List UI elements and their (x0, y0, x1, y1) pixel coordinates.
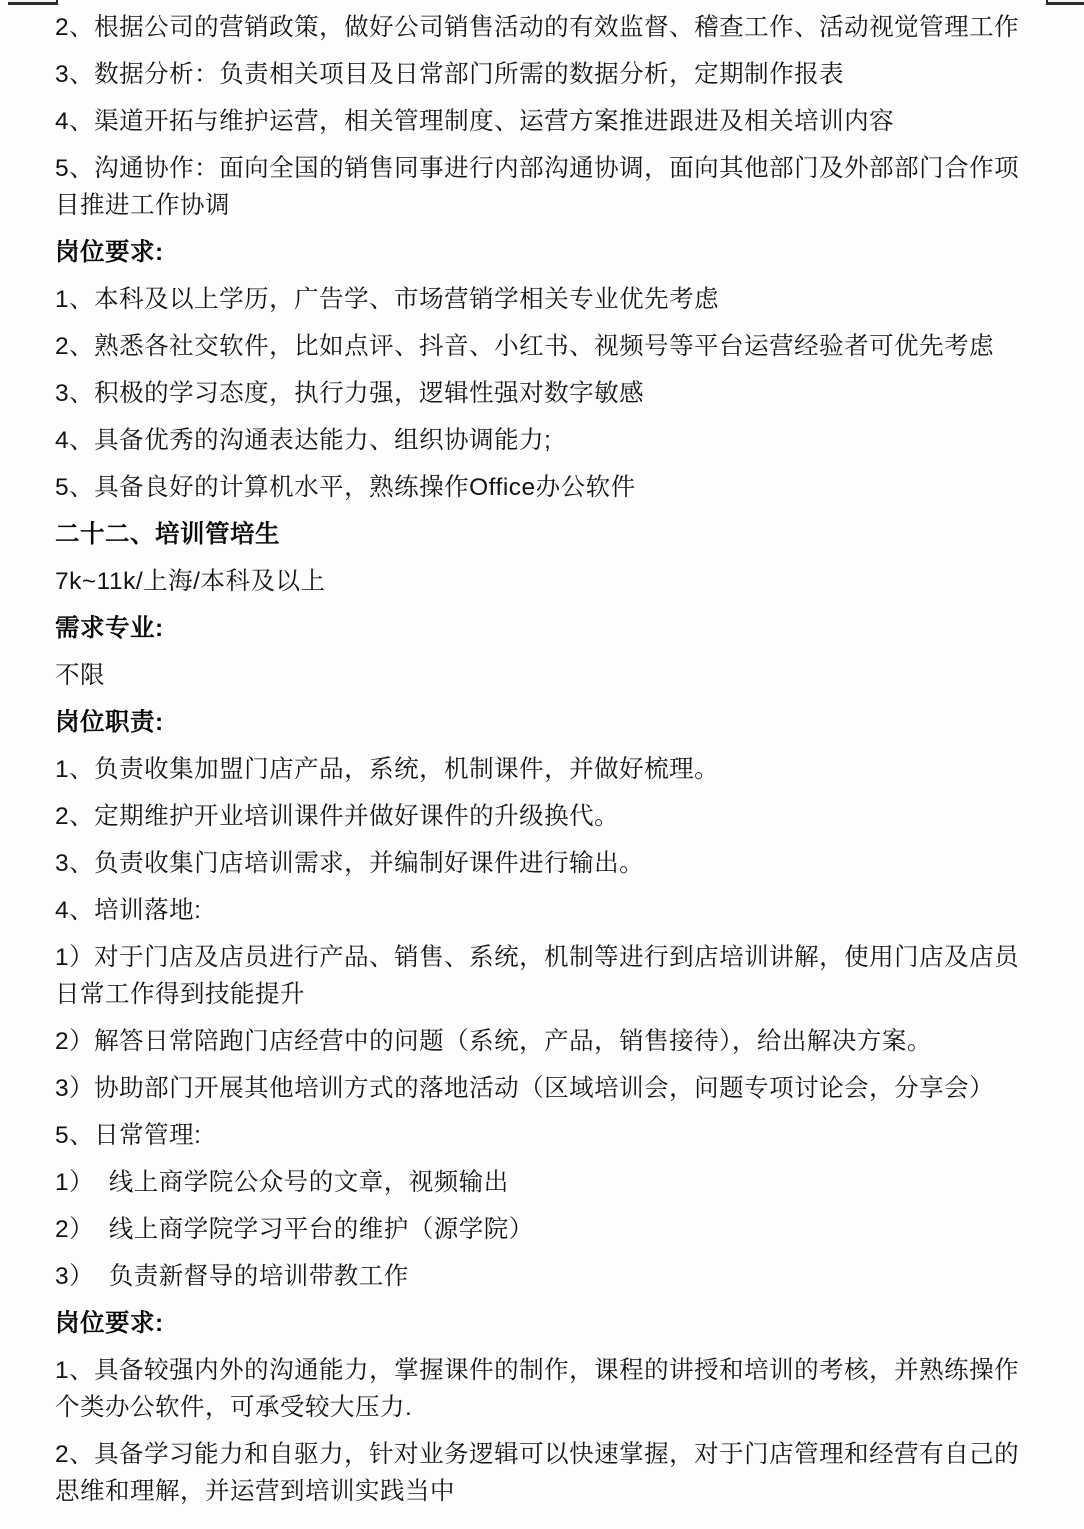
paragraph-duty-collect-courseware: 1、负责收集加盟门店产品，系统，机制课件，并做好梳理。 (55, 751, 1034, 788)
paragraph-req-education: 1、本科及以上学历，广告学、市场营销学相关专业优先考虑 (55, 281, 1034, 318)
paragraph-duty-training-landing: 4、培训落地: (55, 892, 1034, 929)
paragraph-req2-communication: 1、具备较强内外的沟通能力，掌握课件的制作，课程的讲授和培训的考核，并熟练操作个… (55, 1352, 1034, 1426)
paragraph-sales-policy: 2、根据公司的营销政策，做好公司销售活动的有效监督、稽查工作、活动视觉管理工作 (55, 9, 1034, 46)
section-heading-requirements-2: 岗位要求: (55, 1305, 1034, 1342)
paragraph-duty-training-needs: 3、负责收集门店培训需求，并编制好课件进行输出。 (55, 845, 1034, 882)
paragraph-req-social-apps: 2、熟悉各社交软件，比如点评、抖音、小红书、视频号等平台运营经验者可优先考虑 (55, 328, 1034, 365)
document-page: 2、根据公司的营销政策，做好公司销售活动的有效监督、稽查工作、活动视觉管理工作 … (0, 0, 1084, 1529)
paragraph-req2-learning-drive: 2、具备学习能力和自驱力，针对业务逻辑可以快速掌握，对于门店管理和经营有自己的思… (55, 1436, 1034, 1510)
section-heading-requirements-1: 岗位要求: (55, 234, 1034, 271)
paragraph-daily-mentor-training: 3） 负责新督导的培训带教工作 (55, 1258, 1034, 1295)
paragraph-duty-maintain-courseware: 2、定期维护开业培训课件并做好课件的升级换代。 (55, 798, 1034, 835)
section-heading-duties: 岗位职责: (55, 704, 1034, 741)
cropped-content-edge-top-left (8, 0, 58, 5)
paragraph-req-communication: 4、具备优秀的沟通表达能力、组织协调能力; (55, 422, 1034, 459)
section-heading-job-title: 二十二、培训管培生 (55, 516, 1034, 553)
paragraph-communication: 5、沟通协作：面向全国的销售同事进行内部沟通协调，面向其他部门及外部部门合作项目… (55, 150, 1034, 224)
paragraph-major-unlimited: 不限 (55, 657, 1034, 694)
paragraph-req-office-skills: 5、具备良好的计算机水平，熟练操作Office办公软件 (55, 469, 1034, 506)
paragraph-duty-daily-management: 5、日常管理: (55, 1117, 1034, 1154)
paragraph-landing-store-training: 1）对于门店及店员进行产品、销售、系统，机制等进行到店培训讲解，使用门店及店员日… (55, 939, 1034, 1013)
paragraph-daily-platform-maintain: 2） 线上商学院学习平台的维护（源学院） (55, 1211, 1034, 1248)
paragraph-landing-assist-activities: 3）协助部门开展其他培训方式的落地活动（区域培训会，问题专项讨论会，分享会） (55, 1070, 1034, 1107)
section-heading-major: 需求专业: (55, 610, 1034, 647)
paragraph-salary-location: 7k~11k/上海/本科及以上 (55, 563, 1034, 600)
paragraph-landing-answer-questions: 2）解答日常陪跑门店经营中的问题（系统，产品，销售接待），给出解决方案。 (55, 1023, 1034, 1060)
cropped-content-edge-top-right (1046, 0, 1084, 5)
paragraph-data-analysis: 3、数据分析：负责相关项目及日常部门所需的数据分析，定期制作报表 (55, 56, 1034, 93)
paragraph-channel-ops: 4、渠道开拓与维护运营，相关管理制度、运营方案推进跟进及相关培训内容 (55, 103, 1034, 140)
paragraph-daily-official-account: 1） 线上商学院公众号的文章，视频输出 (55, 1164, 1034, 1201)
paragraph-req-attitude: 3、积极的学习态度，执行力强，逻辑性强对数字敏感 (55, 375, 1034, 412)
